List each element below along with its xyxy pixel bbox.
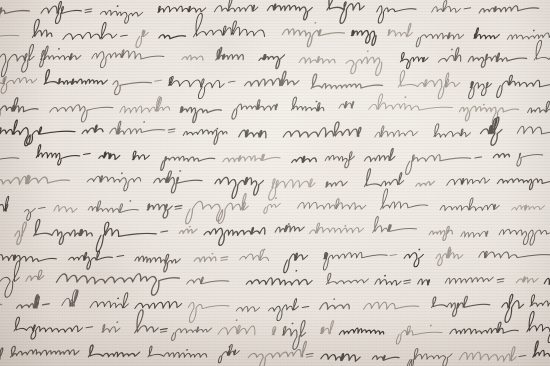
script-row (0, 13, 550, 52)
script-row (0, 169, 550, 200)
script-row (0, 216, 550, 251)
script-row (0, 247, 550, 273)
script-row (0, 0, 550, 24)
script-row (0, 341, 550, 366)
script-row (0, 261, 550, 297)
script-row (0, 40, 550, 76)
script-row (0, 310, 550, 350)
script-row (0, 145, 550, 175)
script-row (0, 290, 550, 323)
script-row (0, 70, 550, 99)
script-row (0, 117, 550, 146)
cursive-handwriting-pattern (0, 0, 550, 366)
script-row (0, 94, 550, 124)
fabric-photo (0, 0, 550, 366)
